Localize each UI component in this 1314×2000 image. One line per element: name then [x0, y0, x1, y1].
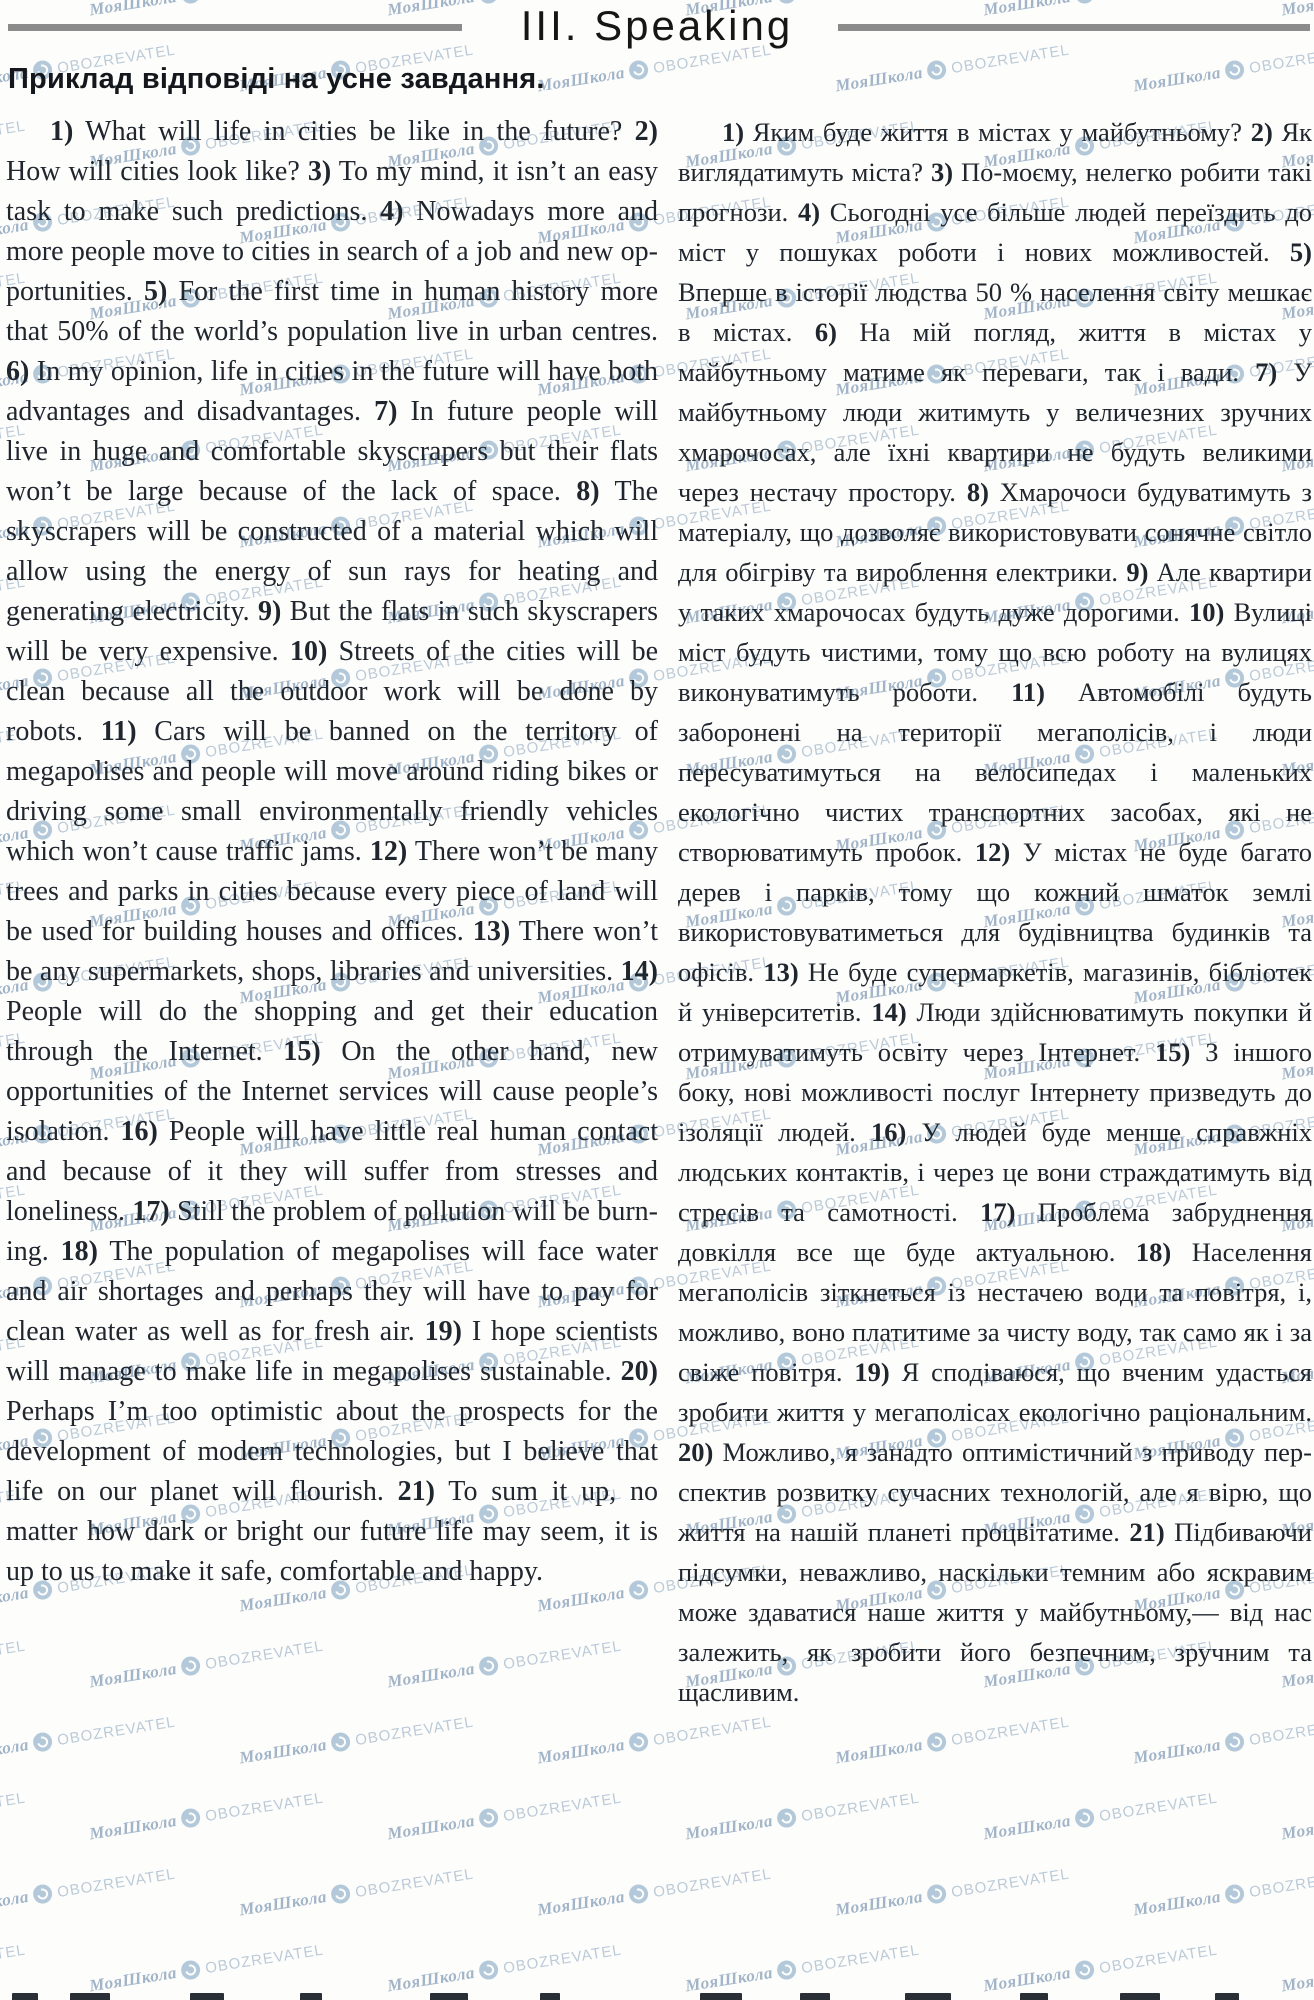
page-content: III. Speaking Приклад відповіді на усне …: [0, 0, 1314, 2000]
sentence-number: 19): [854, 1357, 889, 1387]
sentence-number: 14): [871, 997, 906, 1027]
sentence-number: 16): [871, 1117, 906, 1147]
sentence-number: 18): [61, 1236, 98, 1267]
sentence-number: 4): [380, 196, 403, 227]
sentence-number: 1): [722, 117, 744, 147]
sentence-number: 15): [1155, 1037, 1190, 1067]
sentence-number: 9): [1126, 557, 1148, 587]
sentence-number: 6): [6, 356, 29, 387]
sentence-number: 9): [258, 596, 281, 627]
sentence-number: 3): [931, 157, 953, 187]
sentence-number: 20): [621, 1356, 658, 1387]
sentence-number: 7): [374, 396, 397, 427]
sentence-number: 1): [50, 116, 73, 147]
sentence-number: 15): [283, 1036, 320, 1067]
sentence-number: 2): [1251, 117, 1273, 147]
cutoff-text-fragments: [0, 1991, 1314, 2000]
sentence-number: 18): [1136, 1237, 1171, 1267]
sentence-number: 21): [398, 1476, 435, 1507]
sentence-number: 10): [290, 636, 327, 667]
sentence-number: 2): [635, 116, 658, 147]
sentence-number: 7): [1255, 357, 1277, 387]
sentence-number: 3): [308, 156, 331, 187]
sentence-number: 13): [763, 957, 798, 987]
sentence-number: 11): [1011, 677, 1045, 707]
sentence-number: 16): [120, 1116, 157, 1147]
english-column: 1) What will life in cities be like in t…: [6, 112, 658, 1592]
sentence-number: 4): [798, 197, 820, 227]
sentence-number: 8): [967, 477, 989, 507]
sentence-number: 11): [101, 716, 137, 747]
sentence-number: 14): [621, 956, 658, 987]
english-paragraph: 1) What will life in cities be like in t…: [6, 112, 658, 1592]
sentence-number: 12): [975, 837, 1010, 867]
sentence-number: 5): [144, 276, 167, 307]
scanned-textbook-page: МояШколаOBOZREVATELМояШколаOBOZREVATELМо…: [0, 0, 1314, 2000]
section-subtitle: Приклад відповіді на усне завдання.: [8, 63, 545, 96]
header-rule-left: [8, 24, 462, 31]
sentence-number: 10): [1189, 597, 1224, 627]
sentence-number: 12): [370, 836, 407, 867]
sentence-number: 19): [425, 1316, 462, 1347]
sentence-number: 17): [132, 1196, 169, 1227]
ukrainian-column: 1) Яким буде життя в містах у май­бутньо…: [678, 112, 1312, 1712]
sentence-number: 5): [1290, 237, 1312, 267]
sentence-number: 17): [980, 1197, 1015, 1227]
sentence-number: 6): [815, 317, 837, 347]
sentence-number: 8): [576, 476, 599, 507]
ukrainian-paragraph: 1) Яким буде життя в містах у май­бутньо…: [678, 112, 1312, 1712]
header-rule-right: [838, 24, 1310, 31]
sentence-number: 20): [678, 1437, 713, 1467]
sentence-number: 21): [1129, 1517, 1164, 1547]
sentence-number: 13): [473, 916, 510, 947]
